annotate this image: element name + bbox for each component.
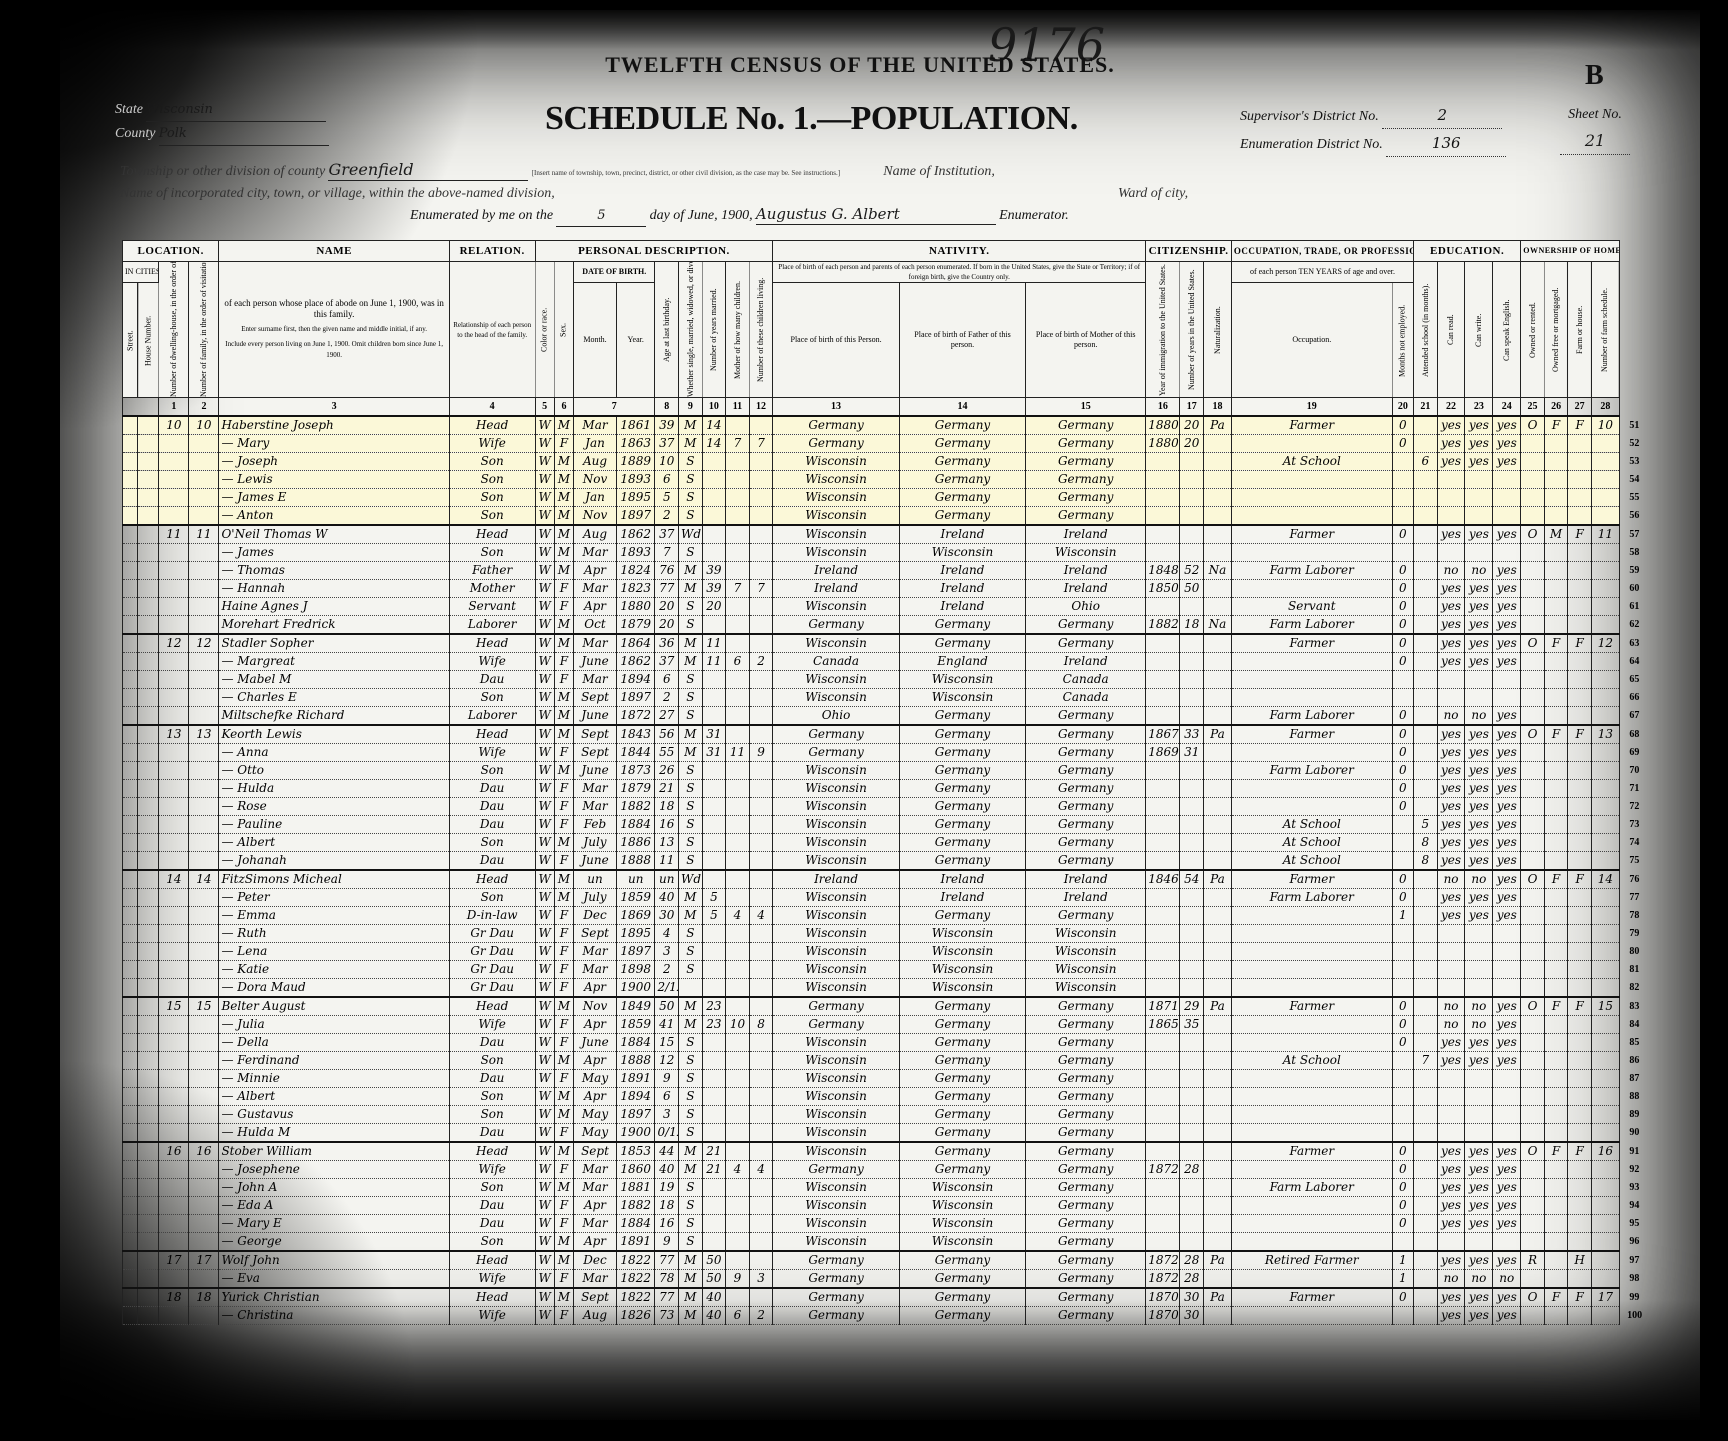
can-speak-english-cell: yes bbox=[1493, 725, 1521, 744]
dwelling-number-cell bbox=[159, 1197, 189, 1215]
years-in-us-cell: 20 bbox=[1180, 416, 1204, 435]
color-cell: W bbox=[535, 725, 554, 744]
mother-of-cell: 11 bbox=[726, 744, 750, 762]
street-cell bbox=[123, 1288, 138, 1307]
state-value: Wisconsin bbox=[146, 99, 326, 122]
months-unemployed-cell: 0 bbox=[1392, 580, 1413, 598]
can-speak-english-cell bbox=[1493, 979, 1521, 998]
person-name-cell: — Christina bbox=[219, 1307, 449, 1325]
owned-rented-cell bbox=[1521, 580, 1545, 598]
birthplace-father-cell: Wisconsin bbox=[899, 943, 1025, 961]
birthplace-person-cell: Germany bbox=[773, 725, 899, 744]
family-number-cell bbox=[189, 1034, 219, 1052]
relation-cell: Head bbox=[449, 525, 535, 544]
marital-status-cell: S bbox=[679, 816, 703, 834]
children-living-cell bbox=[749, 1251, 773, 1270]
dwelling-number-cell bbox=[159, 798, 189, 816]
marital-status-cell: S bbox=[679, 544, 703, 562]
family-number-cell: 10 bbox=[189, 416, 219, 435]
column-number: 14 bbox=[899, 398, 1025, 417]
line-number: 62 bbox=[1619, 616, 1649, 635]
mother-of-cell bbox=[726, 416, 750, 435]
school-months-cell bbox=[1414, 1251, 1438, 1270]
header-immigration-year: Year of immigration to the United States… bbox=[1146, 262, 1180, 398]
dwelling-number-cell: 14 bbox=[159, 870, 189, 889]
table-row: — RoseDauWFMar188218SWisconsinGermanyGer… bbox=[123, 798, 1650, 816]
birth-month-cell: Mar bbox=[574, 1270, 617, 1289]
column-number: 17 bbox=[1180, 398, 1204, 417]
street-cell bbox=[123, 1215, 138, 1233]
immigration-year-cell bbox=[1146, 979, 1180, 998]
can-read-cell: yes bbox=[1437, 834, 1465, 852]
color-cell: W bbox=[535, 453, 554, 471]
months-unemployed-cell: 0 bbox=[1392, 780, 1413, 798]
birthplace-father-cell: Germany bbox=[899, 907, 1025, 925]
can-read-cell bbox=[1437, 1233, 1465, 1252]
children-living-cell bbox=[749, 1124, 773, 1143]
relation-cell: Head bbox=[449, 997, 535, 1016]
years-married-cell: 23 bbox=[702, 997, 726, 1016]
years-in-us-cell: 29 bbox=[1180, 997, 1204, 1016]
can-speak-english-cell bbox=[1493, 471, 1521, 489]
age-cell: 56 bbox=[655, 725, 679, 744]
mother-of-cell bbox=[726, 834, 750, 852]
table-row: Morehart FredrickLaborerWMOct187920SGerm… bbox=[123, 616, 1650, 635]
color-cell: W bbox=[535, 1124, 554, 1143]
table-row: — JosepheneWifeWFMar186040M2144GermanyGe… bbox=[123, 1161, 1650, 1179]
age-cell: 16 bbox=[655, 1215, 679, 1233]
age-cell: 16 bbox=[655, 816, 679, 834]
naturalization-cell bbox=[1204, 1034, 1232, 1052]
institution-label: Name of Institution, bbox=[883, 164, 995, 179]
children-living-cell bbox=[749, 943, 773, 961]
children-living-cell bbox=[749, 1052, 773, 1070]
naturalization-cell bbox=[1204, 834, 1232, 852]
person-name-cell: — Peter bbox=[219, 889, 449, 907]
mother-of-cell bbox=[726, 689, 750, 707]
relation-cell: Dau bbox=[449, 798, 535, 816]
table-row: — DellaDauWFJune188415SWisconsinGermanyG… bbox=[123, 1034, 1650, 1052]
birthplace-father-cell: Germany bbox=[899, 744, 1025, 762]
months-unemployed-cell: 0 bbox=[1392, 634, 1413, 653]
children-living-cell: 9 bbox=[749, 744, 773, 762]
occupation-cell bbox=[1231, 1016, 1392, 1034]
free-mortgaged-cell bbox=[1544, 1233, 1568, 1252]
children-living-cell bbox=[749, 507, 773, 526]
can-write-cell: yes bbox=[1465, 780, 1493, 798]
street-cell bbox=[123, 889, 138, 907]
occupation-cell: At School bbox=[1231, 816, 1392, 834]
farm-schedule-cell bbox=[1591, 689, 1619, 707]
birthplace-mother-cell: Germany bbox=[1026, 834, 1146, 852]
can-read-cell: yes bbox=[1437, 1251, 1465, 1270]
relation-cell: Head bbox=[449, 416, 535, 435]
farm-schedule-cell bbox=[1591, 471, 1619, 489]
farm-house-cell bbox=[1568, 1161, 1592, 1179]
age-cell: 13 bbox=[655, 834, 679, 852]
age-cell: 6 bbox=[655, 1088, 679, 1106]
city-label: Name of incorporated city, town, or vill… bbox=[120, 186, 555, 201]
line-number: 92 bbox=[1619, 1161, 1649, 1179]
school-months-cell bbox=[1414, 1070, 1438, 1088]
owned-rented-cell bbox=[1521, 889, 1545, 907]
months-unemployed-cell: 0 bbox=[1392, 1179, 1413, 1197]
family-number-cell bbox=[189, 834, 219, 852]
header-nativity-desc: Place of birth of each person and parent… bbox=[773, 262, 1146, 283]
marital-status-cell: S bbox=[679, 689, 703, 707]
person-name-cell: — Albert bbox=[219, 1088, 449, 1106]
birth-month-cell: May bbox=[574, 1124, 617, 1143]
can-write-cell: yes bbox=[1465, 798, 1493, 816]
years-in-us-cell: 18 bbox=[1180, 616, 1204, 635]
birthplace-person-cell: Wisconsin bbox=[773, 1233, 899, 1252]
header-years-married: Number of years married. bbox=[702, 262, 726, 398]
birthplace-person-cell: Wisconsin bbox=[773, 889, 899, 907]
occupation-cell: Farmer bbox=[1231, 1288, 1392, 1307]
owned-rented-cell bbox=[1521, 544, 1545, 562]
header-mother-of: Mother of how many children. bbox=[726, 262, 750, 398]
birthplace-person-cell: Ohio bbox=[773, 707, 899, 726]
naturalization-cell bbox=[1204, 671, 1232, 689]
immigration-year-cell bbox=[1146, 707, 1180, 726]
birthplace-father-cell: Wisconsin bbox=[899, 689, 1025, 707]
naturalization-cell bbox=[1204, 1052, 1232, 1070]
birth-month-cell: Nov bbox=[574, 997, 617, 1016]
dwelling-number-cell: 17 bbox=[159, 1251, 189, 1270]
header-family-no: Number of family, in the order of visita… bbox=[189, 262, 219, 398]
dwelling-number-cell bbox=[159, 816, 189, 834]
naturalization-cell bbox=[1204, 525, 1232, 544]
years-married-cell bbox=[702, 925, 726, 943]
birthplace-mother-cell: Germany bbox=[1026, 852, 1146, 871]
years-married-cell: 11 bbox=[702, 653, 726, 671]
person-name-cell: — Johanah bbox=[219, 852, 449, 871]
farm-schedule-cell bbox=[1591, 1088, 1619, 1106]
school-months-cell: 7 bbox=[1414, 1052, 1438, 1070]
mother-of-cell bbox=[726, 1179, 750, 1197]
months-unemployed-cell bbox=[1392, 1052, 1413, 1070]
free-mortgaged-cell bbox=[1544, 762, 1568, 780]
header-relation: RELATION. bbox=[449, 241, 535, 262]
sex-cell: F bbox=[554, 816, 573, 834]
birthplace-person-cell: Wisconsin bbox=[773, 816, 899, 834]
birthplace-father-cell: Wisconsin bbox=[899, 1233, 1025, 1252]
birthplace-father-cell: Germany bbox=[899, 634, 1025, 653]
relation-cell: Son bbox=[449, 453, 535, 471]
line-number: 78 bbox=[1619, 907, 1649, 925]
relation-cell: Son bbox=[449, 1088, 535, 1106]
dwelling-number-cell bbox=[159, 544, 189, 562]
occupation-cell bbox=[1231, 544, 1392, 562]
can-write-cell: yes bbox=[1465, 725, 1493, 744]
years-in-us-cell bbox=[1180, 1034, 1204, 1052]
person-name-cell: — Lena bbox=[219, 943, 449, 961]
birth-month-cell: Nov bbox=[574, 471, 617, 489]
header-months-unemployed: Months not employed. bbox=[1392, 283, 1413, 398]
occupation-cell bbox=[1231, 1161, 1392, 1179]
enumerator-name: Augustus G. Albert bbox=[756, 204, 996, 225]
years-in-us-cell bbox=[1180, 907, 1204, 925]
house-number-cell bbox=[138, 1179, 159, 1197]
family-number-cell bbox=[189, 1124, 219, 1143]
line-number: 95 bbox=[1619, 1215, 1649, 1233]
age-cell: 2/12 bbox=[655, 979, 679, 998]
years-married-cell bbox=[702, 707, 726, 726]
sex-cell: F bbox=[554, 961, 573, 979]
immigration-year-cell bbox=[1146, 453, 1180, 471]
months-unemployed-cell: 0 bbox=[1392, 1161, 1413, 1179]
birthplace-person-cell: Wisconsin bbox=[773, 1070, 899, 1088]
relation-cell: Son bbox=[449, 471, 535, 489]
owned-rented-cell bbox=[1521, 961, 1545, 979]
birthplace-mother-cell: Wisconsin bbox=[1026, 979, 1146, 998]
immigration-year-cell bbox=[1146, 507, 1180, 526]
occupation-cell bbox=[1231, 979, 1392, 998]
farm-house-cell bbox=[1568, 762, 1592, 780]
table-row: Haine Agnes JServantWFApr188020S20Wiscon… bbox=[123, 598, 1650, 616]
can-write-cell: yes bbox=[1465, 634, 1493, 653]
birthplace-person-cell: Wisconsin bbox=[773, 1088, 899, 1106]
birth-month-cell: Sept bbox=[574, 1142, 617, 1161]
naturalization-cell bbox=[1204, 762, 1232, 780]
table-row: — EvaWifeWFMar182278M5093GermanyGermanyG… bbox=[123, 1270, 1650, 1289]
years-married-cell: 31 bbox=[702, 725, 726, 744]
dwelling-number-cell bbox=[159, 744, 189, 762]
years-in-us-cell bbox=[1180, 979, 1204, 998]
dwelling-number-cell bbox=[159, 1034, 189, 1052]
family-number-cell bbox=[189, 816, 219, 834]
birthplace-mother-cell: Germany bbox=[1026, 1307, 1146, 1325]
sheet-letter: B bbox=[1585, 60, 1604, 92]
school-months-cell bbox=[1414, 1124, 1438, 1143]
can-write-cell bbox=[1465, 1088, 1493, 1106]
years-in-us-cell bbox=[1180, 653, 1204, 671]
birthplace-mother-cell: Ireland bbox=[1026, 580, 1146, 598]
birth-year-cell: 1882 bbox=[616, 798, 655, 816]
years-in-us-cell bbox=[1180, 1088, 1204, 1106]
house-number-cell bbox=[138, 1106, 159, 1124]
owned-rented-cell bbox=[1521, 852, 1545, 871]
birthplace-person-cell: Wisconsin bbox=[773, 1034, 899, 1052]
farm-house-cell bbox=[1568, 435, 1592, 453]
house-number-cell bbox=[138, 525, 159, 544]
column-number: 22 bbox=[1437, 398, 1465, 417]
family-number-cell bbox=[189, 1052, 219, 1070]
farm-schedule-cell bbox=[1591, 925, 1619, 943]
age-cell: 2 bbox=[655, 507, 679, 526]
house-number-cell bbox=[138, 1251, 159, 1270]
can-read-cell: yes bbox=[1437, 1307, 1465, 1325]
can-speak-english-cell: yes bbox=[1493, 1215, 1521, 1233]
age-cell: 20 bbox=[655, 598, 679, 616]
column-number: 3 bbox=[219, 398, 449, 417]
farm-schedule-cell bbox=[1591, 907, 1619, 925]
line-number: 84 bbox=[1619, 1016, 1649, 1034]
occupation-cell: Farmer bbox=[1231, 525, 1392, 544]
years-married-cell bbox=[702, 544, 726, 562]
occupation-cell bbox=[1231, 689, 1392, 707]
birth-year-cell: 1822 bbox=[616, 1288, 655, 1307]
birthplace-person-cell: Wisconsin bbox=[773, 471, 899, 489]
owned-rented-cell bbox=[1521, 744, 1545, 762]
header-relation-desc: Relationship of each person to the head … bbox=[449, 262, 535, 398]
dwelling-number-cell bbox=[159, 1179, 189, 1197]
free-mortgaged-cell bbox=[1544, 1070, 1568, 1088]
age-cell: 21 bbox=[655, 780, 679, 798]
color-cell: W bbox=[535, 907, 554, 925]
owned-rented-cell bbox=[1521, 1034, 1545, 1052]
can-speak-english-cell: yes bbox=[1493, 707, 1521, 726]
dwelling-number-cell bbox=[159, 1088, 189, 1106]
farm-schedule-cell: 13 bbox=[1591, 725, 1619, 744]
line-number: 80 bbox=[1619, 943, 1649, 961]
sex-cell: F bbox=[554, 1215, 573, 1233]
header-sex: Sex. bbox=[554, 262, 573, 398]
occupation-cell: Farm Laborer bbox=[1231, 762, 1392, 780]
table-row: 1414FitzSimons MichealHeadWMunununWdIrel… bbox=[123, 870, 1650, 889]
immigration-year-cell bbox=[1146, 889, 1180, 907]
owned-rented-cell: O bbox=[1521, 416, 1545, 435]
age-cell: 37 bbox=[655, 653, 679, 671]
years-married-cell: 31 bbox=[702, 744, 726, 762]
years-married-cell bbox=[702, 1034, 726, 1052]
school-months-cell bbox=[1414, 471, 1438, 489]
sex-cell: M bbox=[554, 1106, 573, 1124]
birth-month-cell: June bbox=[574, 1034, 617, 1052]
birthplace-mother-cell: Germany bbox=[1026, 489, 1146, 507]
house-number-cell bbox=[138, 834, 159, 852]
dwelling-number-cell bbox=[159, 925, 189, 943]
immigration-year-cell bbox=[1146, 1106, 1180, 1124]
family-number-cell bbox=[189, 1233, 219, 1252]
color-cell: W bbox=[535, 744, 554, 762]
street-cell bbox=[123, 834, 138, 852]
owned-rented-cell bbox=[1521, 671, 1545, 689]
school-months-cell bbox=[1414, 961, 1438, 979]
birthplace-father-cell: Wisconsin bbox=[899, 671, 1025, 689]
birth-month-cell: Dec bbox=[574, 1251, 617, 1270]
can-read-cell bbox=[1437, 1088, 1465, 1106]
house-number-cell bbox=[138, 1052, 159, 1070]
owned-rented-cell bbox=[1521, 689, 1545, 707]
house-number-cell bbox=[138, 616, 159, 635]
naturalization-cell bbox=[1204, 634, 1232, 653]
age-cell: 55 bbox=[655, 744, 679, 762]
sex-cell: M bbox=[554, 1179, 573, 1197]
farm-house-cell: F bbox=[1568, 525, 1592, 544]
enumerator-label: Enumerator. bbox=[999, 208, 1069, 223]
dwelling-number-cell bbox=[159, 1270, 189, 1289]
marital-status-cell: Wd bbox=[679, 870, 703, 889]
school-months-cell bbox=[1414, 744, 1438, 762]
naturalization-cell bbox=[1204, 943, 1232, 961]
children-living-cell bbox=[749, 997, 773, 1016]
free-mortgaged-cell: F bbox=[1544, 870, 1568, 889]
color-cell: W bbox=[535, 889, 554, 907]
can-read-cell: yes bbox=[1437, 907, 1465, 925]
immigration-year-cell bbox=[1146, 671, 1180, 689]
farm-house-cell bbox=[1568, 562, 1592, 580]
children-living-cell bbox=[749, 725, 773, 744]
free-mortgaged-cell bbox=[1544, 1270, 1568, 1289]
birth-year-cell: 1862 bbox=[616, 525, 655, 544]
school-months-cell: 8 bbox=[1414, 852, 1438, 871]
school-months-cell bbox=[1414, 1088, 1438, 1106]
age-cell: 6 bbox=[655, 671, 679, 689]
birthplace-father-cell: Germany bbox=[899, 1034, 1025, 1052]
naturalization-cell bbox=[1204, 580, 1232, 598]
age-cell: 76 bbox=[655, 562, 679, 580]
birth-year-cell: 1893 bbox=[616, 471, 655, 489]
school-months-cell bbox=[1414, 416, 1438, 435]
occupation-cell bbox=[1231, 653, 1392, 671]
immigration-year-cell: 1880 bbox=[1146, 435, 1180, 453]
occupation-cell bbox=[1231, 1215, 1392, 1233]
color-cell: W bbox=[535, 562, 554, 580]
family-number-cell bbox=[189, 780, 219, 798]
house-number-cell bbox=[138, 780, 159, 798]
birth-year-cell: 1823 bbox=[616, 580, 655, 598]
relation-cell: Son bbox=[449, 1179, 535, 1197]
birthplace-person-cell: Wisconsin bbox=[773, 762, 899, 780]
relation-cell: Gr Dau bbox=[449, 961, 535, 979]
mother-of-cell bbox=[726, 997, 750, 1016]
farm-house-cell bbox=[1568, 834, 1592, 852]
family-number-cell bbox=[189, 744, 219, 762]
naturalization-cell bbox=[1204, 961, 1232, 979]
table-row: — HannahMotherWFMar182377M3977IrelandIre… bbox=[123, 580, 1650, 598]
header-birth-mother: Place of birth of Mother of this person. bbox=[1026, 283, 1146, 398]
age-cell: 0/12 bbox=[655, 1124, 679, 1143]
years-in-us-cell: 50 bbox=[1180, 580, 1204, 598]
mother-of-cell bbox=[726, 1142, 750, 1161]
mother-of-cell: 4 bbox=[726, 1161, 750, 1179]
children-living-cell bbox=[749, 798, 773, 816]
farm-house-cell bbox=[1568, 1179, 1592, 1197]
birth-month-cell: Sept bbox=[574, 689, 617, 707]
occupation-cell bbox=[1231, 1034, 1392, 1052]
years-married-cell bbox=[702, 671, 726, 689]
person-name-cell: — Katie bbox=[219, 961, 449, 979]
family-number-cell bbox=[189, 707, 219, 726]
birth-year-cell: 1891 bbox=[616, 1233, 655, 1252]
can-write-cell: yes bbox=[1465, 1251, 1493, 1270]
mother-of-cell bbox=[726, 471, 750, 489]
can-speak-english-cell: yes bbox=[1493, 1251, 1521, 1270]
family-number-cell bbox=[189, 1270, 219, 1289]
birth-month-cell: June bbox=[574, 653, 617, 671]
immigration-year-cell: 1870 bbox=[1146, 1307, 1180, 1325]
school-months-cell bbox=[1414, 562, 1438, 580]
mother-of-cell bbox=[726, 889, 750, 907]
years-in-us-cell: 30 bbox=[1180, 1288, 1204, 1307]
years-in-us-cell bbox=[1180, 1142, 1204, 1161]
birthplace-mother-cell: Ireland bbox=[1026, 525, 1146, 544]
birthplace-person-cell: Wisconsin bbox=[773, 598, 899, 616]
naturalization-cell bbox=[1204, 1307, 1232, 1325]
can-read-cell: no bbox=[1437, 562, 1465, 580]
relation-cell: Dau bbox=[449, 852, 535, 871]
marital-status-cell: S bbox=[679, 762, 703, 780]
can-speak-english-cell: yes bbox=[1493, 1034, 1521, 1052]
header-occupation: OCCUPATION, TRADE, OR PROFESSION bbox=[1231, 241, 1413, 262]
column-number: 19 bbox=[1231, 398, 1392, 417]
age-cell: 10 bbox=[655, 453, 679, 471]
birth-year-cell: 1884 bbox=[616, 1034, 655, 1052]
children-living-cell bbox=[749, 852, 773, 871]
township-value: Greenfield bbox=[328, 160, 528, 181]
street-cell bbox=[123, 435, 138, 453]
